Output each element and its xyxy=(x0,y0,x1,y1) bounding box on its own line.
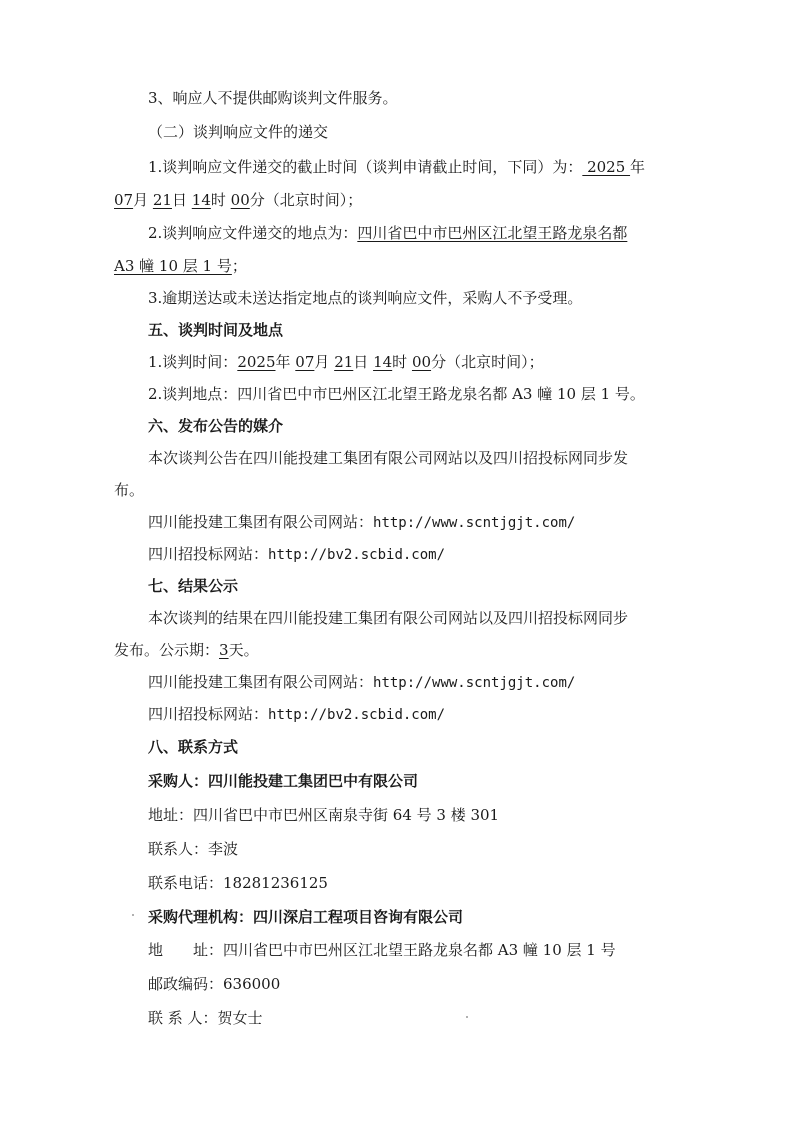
section6-site1: 四川能投建工集团有限公司网站：http://www.scntjgjt.com/ xyxy=(148,512,575,533)
site2-url[interactable]: http://bv2.scbid.com/ xyxy=(268,707,445,723)
section7-heading: 七、结果公示 xyxy=(148,576,238,596)
negotiation-time: 1.谈判时间：2025年 07月 21日 14时 00分（北京时间）； xyxy=(148,352,544,372)
negotiation-month: 07 xyxy=(295,353,314,371)
negotiation-location: 2.谈判地点：四川省巴中市巴州区江北望王路龙泉名都 A3 幢 10 层 1 号。 xyxy=(148,384,645,404)
site2-label: 四川招投标网站： xyxy=(148,705,268,723)
deadline-month-unit: 月 xyxy=(133,191,148,209)
scan-speck xyxy=(466,1016,468,1018)
location-address-part1: 四川省巴中市巴州区江北望王路龙泉名都 xyxy=(357,224,627,242)
negotiation-year: 2025 xyxy=(237,353,275,371)
negotiation-month-unit: 月 xyxy=(314,353,329,371)
subsection2-heading: （二）谈判响应文件的递交 xyxy=(148,122,328,142)
late-submission-note: 3.逾期送达或未送达指定地点的谈判响应文件，采购人不予受理。 xyxy=(148,288,582,308)
deadline-year-unit: 年 xyxy=(630,158,645,176)
deadline-minute: 00 xyxy=(231,191,250,209)
deadline-line2: 07月 21日 14时 00分（北京时间）； xyxy=(114,190,362,210)
section3-item3: 3、响应人不提供邮购谈判文件服务。 xyxy=(148,88,398,108)
site2-label: 四川招投标网站： xyxy=(148,545,268,563)
scan-speck xyxy=(132,914,134,916)
deadline-month: 07 xyxy=(114,191,133,209)
site1-url[interactable]: http://www.scntjgjt.com/ xyxy=(373,675,575,691)
location-prefix: 2.谈判响应文件递交的地点为： xyxy=(148,224,357,242)
agency-postcode: 邮政编码：636000 xyxy=(148,974,280,994)
negotiation-hour-unit: 时 xyxy=(392,353,407,371)
location-line1: 2.谈判响应文件递交的地点为：四川省巴中市巴州区江北望王路龙泉名都 xyxy=(148,223,627,243)
publicity-prefix: 发布。公示期： xyxy=(114,641,219,659)
deadline-minute-unit: 分（北京时间）； xyxy=(250,191,363,209)
location-suffix: ； xyxy=(232,257,247,275)
negotiation-minute: 00 xyxy=(412,353,431,371)
deadline-line1: 1.谈判响应文件递交的截止时间（谈判申请截止时间，下同）为： 2025 年 xyxy=(148,157,645,177)
negotiation-day-unit: 日 xyxy=(353,353,368,371)
location-address-part2: A3 幢 10 层 1 号 xyxy=(114,257,232,275)
site2-url[interactable]: http://bv2.scbid.com/ xyxy=(268,547,445,563)
agency-name: 采购代理机构：四川深启工程项目咨询有限公司 xyxy=(148,907,463,927)
site1-label: 四川能投建工集团有限公司网站： xyxy=(148,673,373,691)
negotiation-year-unit: 年 xyxy=(276,353,291,371)
purchaser-contact: 联系人：李波 xyxy=(148,839,238,859)
purchaser-address: 地址：四川省巴中市巴州区南泉寺街 64 号 3 楼 301 xyxy=(148,805,499,825)
section7-site2: 四川招投标网站：http://bv2.scbid.com/ xyxy=(148,704,445,725)
negotiation-minute-unit: 分（北京时间）； xyxy=(431,353,544,371)
negotiation-day: 21 xyxy=(334,353,353,371)
section7-paragraph-line2: 发布。公示期：3天。 xyxy=(114,640,259,660)
location-line2: A3 幢 10 层 1 号； xyxy=(114,256,247,276)
purchaser-phone: 联系电话：18281236125 xyxy=(148,873,328,893)
site1-label: 四川能投建工集团有限公司网站： xyxy=(148,513,373,531)
publicity-period-unit: 天。 xyxy=(229,641,259,659)
section6-paragraph-line1: 本次谈判公告在四川能投建工集团有限公司网站以及四川招投标网同步发 xyxy=(148,448,628,468)
deadline-year: 2025 xyxy=(582,158,630,176)
section6-heading: 六、发布公告的媒介 xyxy=(148,416,283,436)
site1-url[interactable]: http://www.scntjgjt.com/ xyxy=(373,515,575,531)
section7-site1: 四川能投建工集团有限公司网站：http://www.scntjgjt.com/ xyxy=(148,672,575,693)
negotiation-hour: 14 xyxy=(373,353,392,371)
agency-contact: 联 系 人：贺女士 xyxy=(148,1008,263,1028)
deadline-hour-unit: 时 xyxy=(211,191,226,209)
agency-address: 地 址：四川省巴中市巴州区江北望王路龙泉名都 A3 幢 10 层 1 号 xyxy=(148,940,616,960)
deadline-day-unit: 日 xyxy=(172,191,187,209)
deadline-day: 21 xyxy=(153,191,172,209)
section7-paragraph-line1: 本次谈判的结果在四川能投建工集团有限公司网站以及四川招投标网同步 xyxy=(148,608,628,628)
purchaser-name: 采购人：四川能投建工集团巴中有限公司 xyxy=(148,771,418,791)
publicity-period: 3 xyxy=(219,641,229,659)
section8-heading: 八、联系方式 xyxy=(148,737,238,757)
section6-site2: 四川招投标网站：http://bv2.scbid.com/ xyxy=(148,544,445,565)
section5-heading: 五、谈判时间及地点 xyxy=(148,320,283,340)
negotiation-time-prefix: 1.谈判时间： xyxy=(148,353,237,371)
section6-paragraph-line2: 布。 xyxy=(114,480,144,500)
deadline-prefix: 1.谈判响应文件递交的截止时间（谈判申请截止时间，下同）为： xyxy=(148,158,582,176)
deadline-hour: 14 xyxy=(192,191,211,209)
